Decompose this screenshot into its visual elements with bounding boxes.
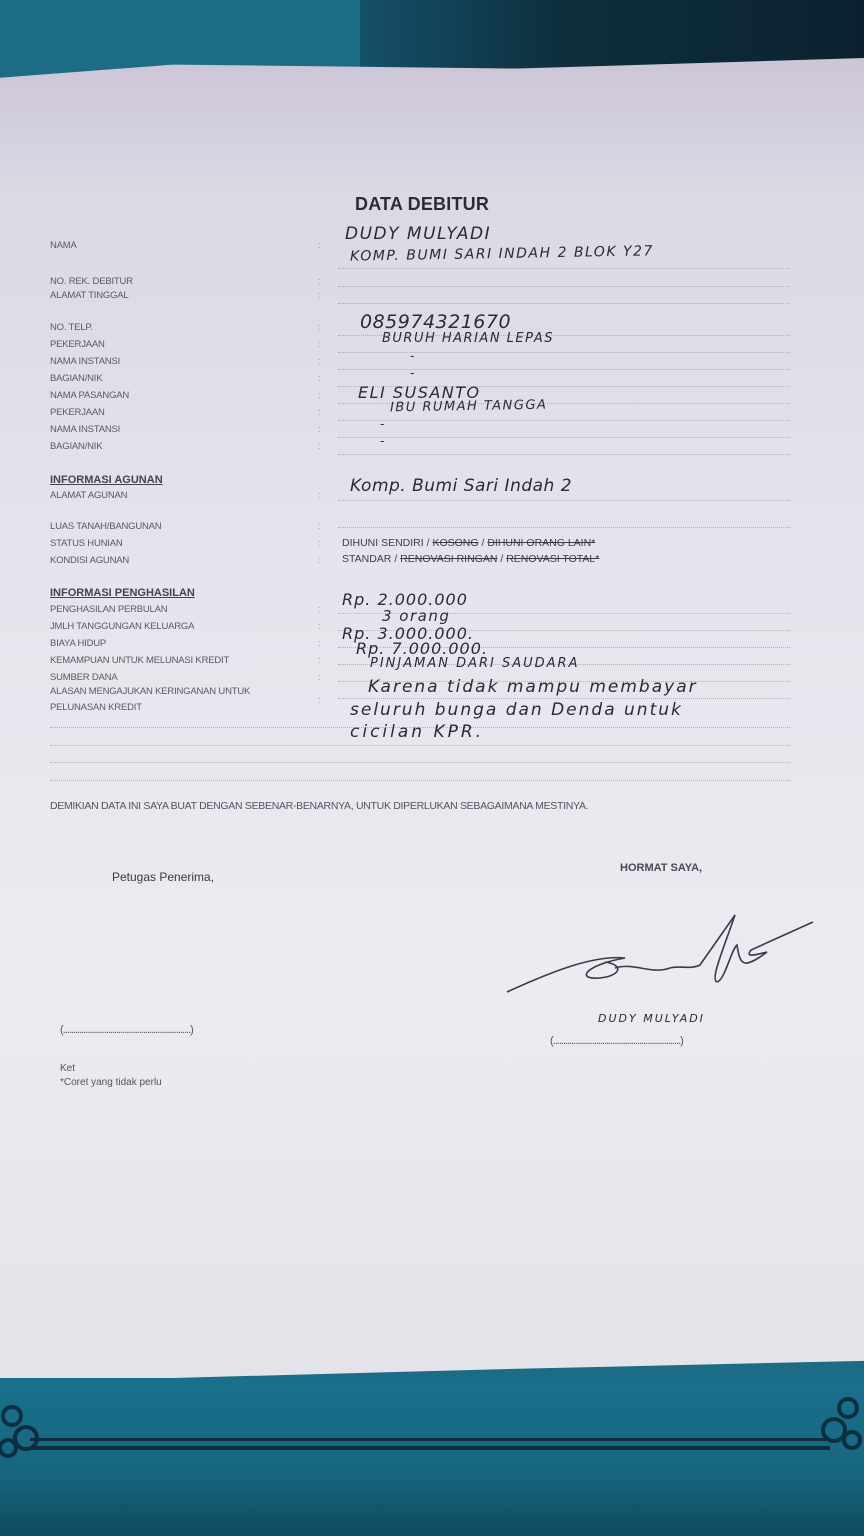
field-separator-colon: : <box>318 538 320 548</box>
field-value-alamat-agunan: Komp. Bumi Sari Indah 2 <box>350 476 572 496</box>
field-label-bagian: BAGIAN/NIK <box>50 373 102 384</box>
option-renovasi-total: RENOVASI TOTAL* <box>506 553 599 565</box>
option-dihuni-orang-lain: DIHUNI ORANG LAIN* <box>487 537 595 549</box>
field-label-kemampuan: KEMAMPUAN UNTUK MELUNASI KREDIT <box>50 655 229 666</box>
field-value-alasan-line1: Karena tidak mampu membayar <box>368 677 698 697</box>
field-separator-colon: : <box>318 339 320 349</box>
field-separator-colon: : <box>318 672 320 682</box>
field-label-pekerjaan-pasangan: PEKERJAAN <box>50 407 105 418</box>
field-separator-colon: : <box>318 290 320 300</box>
applicant-name-handwritten: DUDY MULYADI <box>598 1012 705 1025</box>
dotted-line <box>50 780 790 781</box>
field-value-alasan-line2: seluruh bunga dan Denda untuk <box>350 700 683 720</box>
field-label-pekerjaan: PEKERJAAN <box>50 339 105 350</box>
field-label-pasangan: NAMA PASANGAN <box>50 390 129 401</box>
applicant-signature-line: (.......................................… <box>550 1035 683 1047</box>
field-separator-colon: : <box>318 424 320 434</box>
field-value-bagian: - <box>410 366 416 380</box>
dotted-line <box>50 745 790 746</box>
field-separator-colon: : <box>318 240 320 250</box>
field-separator-colon: : <box>318 390 320 400</box>
field-label-instansi: NAMA INSTANSI <box>50 356 120 367</box>
field-value-bagian-pasangan: - <box>380 434 386 448</box>
field-label-alamat: ALAMAT TINGGAL <box>50 290 129 301</box>
field-label-luas: LUAS TANAH/BANGUNAN <box>50 521 161 532</box>
dotted-line <box>338 268 790 269</box>
field-separator-colon: : <box>318 441 320 451</box>
ornament-knot-icon <box>0 1396 42 1476</box>
section-heading-agunan: INFORMASI AGUNAN <box>50 474 163 486</box>
dotted-line <box>338 698 790 699</box>
border-line <box>30 1446 830 1450</box>
field-separator-colon: : <box>318 356 320 366</box>
field-separator-colon: : <box>318 695 320 705</box>
dotted-line <box>50 762 790 763</box>
field-label-biaya-hidup: BIAYA HIDUP <box>50 638 106 649</box>
option-renovasi-ringan: RENOVASI RINGAN <box>400 553 497 565</box>
field-value-nama: DUDY MULYADI <box>345 224 491 244</box>
field-value-telp: 085974321670 <box>360 311 511 333</box>
border-line <box>30 1438 830 1441</box>
field-value-alasan-line3: cicilan KPR. <box>350 722 484 742</box>
field-label-alamat-agunan: ALAMAT AGUNAN <box>50 490 127 501</box>
field-separator-colon: : <box>318 638 320 648</box>
declaration-statement: DEMIKIAN DATA INI SAYA BUAT DENGAN SEBEN… <box>50 800 588 812</box>
dotted-line <box>338 352 790 353</box>
field-value-pekerjaan-pasangan: IBU RUMAH TANGGA <box>390 398 548 416</box>
field-label-penghasilan: PENGHASILAN PERBULAN <box>50 604 167 615</box>
dotted-line <box>338 420 790 421</box>
field-value-instansi-pasangan: - <box>380 417 386 431</box>
dotted-line <box>338 437 790 438</box>
applicant-signature-label: HORMAT SAYA, <box>620 862 702 874</box>
kondisi-agunan-options: STANDAR / RENOVASI RINGAN / RENOVASI TOT… <box>342 553 599 565</box>
dotted-line <box>338 369 790 370</box>
dotted-line <box>338 286 790 287</box>
option-dihuni-sendiri: DIHUNI SENDIRI <box>342 537 424 549</box>
section-heading-penghasilan: INFORMASI PENGHASILAN <box>50 587 195 599</box>
field-separator-colon: : <box>318 407 320 417</box>
option-kosong: KOSONG <box>432 537 478 549</box>
form-title: DATA DEBITUR <box>355 194 489 215</box>
field-separator-colon: : <box>318 655 320 665</box>
field-label-alasan: ALASAN MENGAJUKAN KERINGANAN UNTUK <box>50 686 250 697</box>
dotted-line <box>338 500 790 501</box>
field-separator-colon: : <box>318 604 320 614</box>
status-hunian-options: DIHUNI SENDIRI / KOSONG / DIHUNI ORANG L… <box>342 537 595 549</box>
dotted-line <box>338 527 790 528</box>
field-label-telp: NO. TELP. <box>50 322 93 333</box>
note-text: *Coret yang tidak perlu <box>60 1077 162 1088</box>
signature-mark <box>505 910 815 1000</box>
field-value-instansi: - <box>410 349 416 363</box>
field-label-sumber-dana: SUMBER DANA <box>50 672 117 683</box>
field-separator-colon: : <box>318 490 320 500</box>
field-separator-colon: : <box>318 322 320 332</box>
field-value-sumber-dana: PINJAMAN DARI SAUDARA <box>370 656 579 671</box>
option-standar: STANDAR <box>342 553 391 565</box>
field-label-kondisi: KONDISI AGUNAN <box>50 555 129 566</box>
field-separator-colon: : <box>318 555 320 565</box>
note-title: Ket <box>60 1063 75 1074</box>
officer-signature-label: Petugas Penerima, <box>112 870 214 884</box>
officer-signature-line: (.......................................… <box>60 1024 193 1036</box>
field-label-nama: NAMA <box>50 240 77 251</box>
dotted-line <box>338 454 790 455</box>
ornament-knot-icon <box>818 1388 864 1468</box>
field-separator-colon: : <box>318 621 320 631</box>
dotted-line <box>338 303 790 304</box>
field-separator-colon: : <box>318 521 320 531</box>
field-label-bagian-pasangan: BAGIAN/NIK <box>50 441 102 452</box>
field-value-pekerjaan: BURUH HARIAN LEPAS <box>382 331 554 346</box>
field-value-tanggungan: 3 orang <box>382 607 450 625</box>
field-label-instansi-pasangan: NAMA INSTANSI <box>50 424 120 435</box>
field-label-pelunasan: PELUNASAN KREDIT <box>50 702 142 713</box>
field-separator-colon: : <box>318 373 320 383</box>
field-label-status-hunian: STATUS HUNIAN <box>50 538 123 549</box>
field-label-no-rek: NO. REK. DEBITUR <box>50 276 133 287</box>
field-label-tanggungan: JMLH TANGGUNGAN KELUARGA <box>50 621 194 632</box>
field-separator-colon: : <box>318 276 320 286</box>
decorative-border-band <box>0 1378 864 1536</box>
background-dark-area <box>360 0 864 70</box>
